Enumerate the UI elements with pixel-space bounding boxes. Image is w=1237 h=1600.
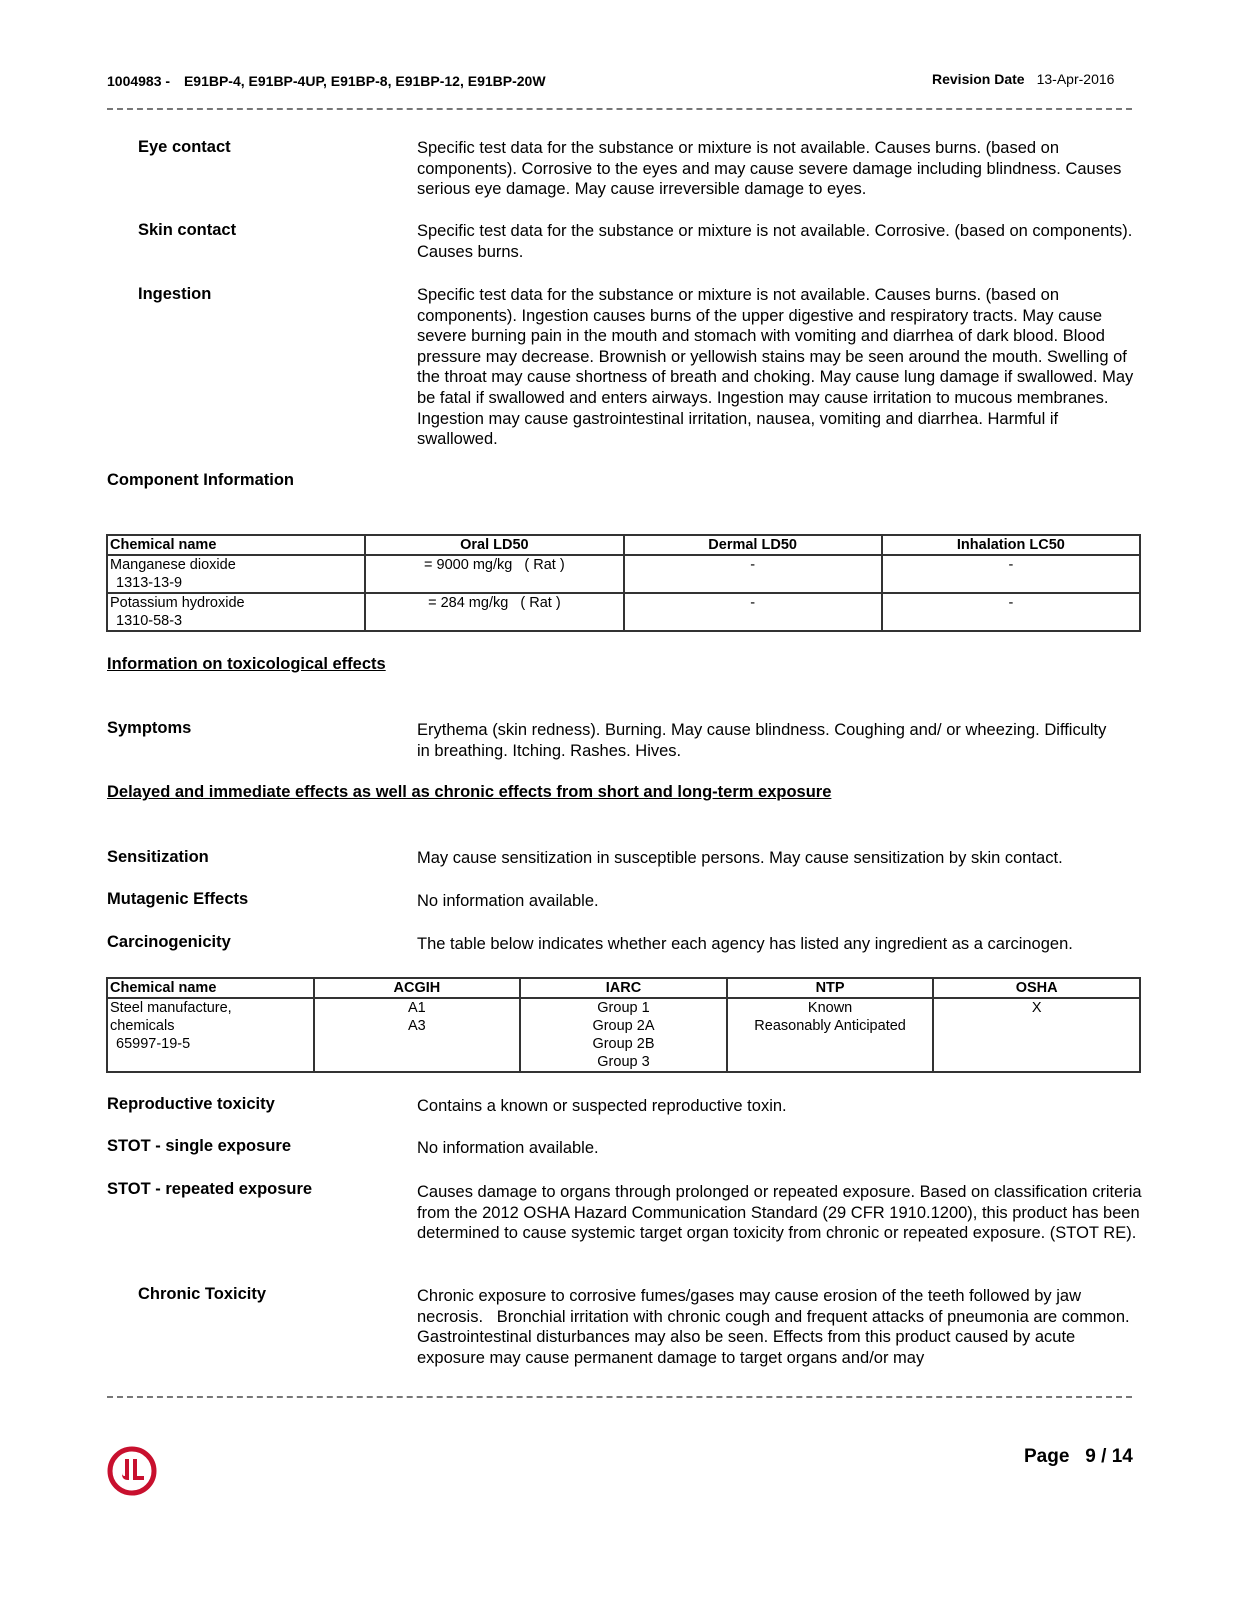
table-row: Manganese dioxide1313-13-9 = 9000 mg/kg … — [107, 555, 1140, 593]
reproductive-toxicity-text: Contains a known or suspected reproducti… — [417, 1096, 1147, 1117]
skin-contact-text: Specific test data for the substance or … — [417, 221, 1147, 262]
mutagenic-effects-label: Mutagenic Effects — [107, 890, 248, 909]
column-header: Chemical name — [107, 978, 314, 998]
iarc-cell: Group 1 Group 2A Group 2B Group 3 — [520, 998, 727, 1072]
dermal-ld50-cell: - — [624, 555, 882, 593]
symptoms-label: Symptoms — [107, 719, 191, 738]
revision-date: Revision Date13-Apr-2016 — [932, 71, 1114, 87]
column-header: IARC — [520, 978, 727, 998]
cas-number: 65997-19-5 — [110, 1035, 311, 1053]
acgih-value: A3 — [317, 1017, 518, 1035]
document-header-product: 1004983 - E91BP-4, E91BP-4UP, E91BP-8, E… — [107, 73, 546, 89]
osha-value: X — [936, 999, 1137, 1017]
tox-effects-heading: Information on toxicological effects — [107, 655, 386, 674]
carcinogenicity-text: The table below indicates whether each a… — [417, 934, 1147, 955]
symptoms-text: Erythema (skin redness). Burning. May ca… — [417, 720, 1117, 761]
oral-ld50-cell: = 284 mg/kg ( Rat ) — [365, 593, 623, 631]
column-header: NTP — [727, 978, 934, 998]
chemical-name-cell: Potassium hydroxide1310-58-3 — [107, 593, 365, 631]
cas-number: 1313-13-9 — [110, 574, 362, 592]
header-divider — [107, 108, 1132, 110]
carcinogenicity-label: Carcinogenicity — [107, 933, 231, 952]
iarc-value: Group 2B — [523, 1035, 724, 1053]
dermal-ld50-cell: - — [624, 593, 882, 631]
revision-date-value: 13-Apr-2016 — [1037, 71, 1115, 87]
chronic-toxicity-text: Chronic exposure to corrosive fumes/gase… — [417, 1286, 1142, 1368]
stot-single-text: No information available. — [417, 1138, 1147, 1159]
chronic-toxicity-label: Chronic Toxicity — [138, 1285, 266, 1304]
chemical-name: Potassium hydroxide — [110, 594, 362, 612]
column-header: Dermal LD50 — [624, 535, 882, 555]
carcinogen-table: Chemical name ACGIH IARC NTP OSHA Steel … — [106, 977, 1141, 1073]
stot-repeated-label: STOT - repeated exposure — [107, 1180, 312, 1199]
eye-contact-label: Eye contact — [138, 138, 231, 157]
column-header: Oral LD50 — [365, 535, 623, 555]
page-number: Page 9 / 14 — [1024, 1446, 1133, 1468]
ntp-cell: Known Reasonably Anticipated — [727, 998, 934, 1072]
iarc-value: Group 2A — [523, 1017, 724, 1035]
ntp-value: Known — [730, 999, 931, 1017]
chemical-name-cell: Manganese dioxide1313-13-9 — [107, 555, 365, 593]
cas-number: 1310-58-3 — [110, 612, 362, 630]
reproductive-toxicity-label: Reproductive toxicity — [107, 1095, 275, 1114]
osha-cell: X — [933, 998, 1140, 1072]
component-table-header: Chemical name Oral LD50 Dermal LD50 Inha… — [107, 535, 1140, 555]
carcinogen-table-header: Chemical name ACGIH IARC NTP OSHA — [107, 978, 1140, 998]
table-row: Potassium hydroxide1310-58-3 = 284 mg/kg… — [107, 593, 1140, 631]
iarc-value: Group 3 — [523, 1053, 724, 1071]
component-information-heading: Component Information — [107, 471, 294, 490]
delayed-effects-heading: Delayed and immediate effects as well as… — [107, 783, 831, 802]
stot-single-label: STOT - single exposure — [107, 1137, 291, 1156]
iarc-value: Group 1 — [523, 999, 724, 1017]
page-total: 14 — [1112, 1446, 1133, 1467]
revision-date-label: Revision Date — [932, 71, 1025, 87]
chemical-name: chemicals — [110, 1017, 311, 1035]
column-header: OSHA — [933, 978, 1140, 998]
oral-ld50-cell: = 9000 mg/kg ( Rat ) — [365, 555, 623, 593]
skin-contact-label: Skin contact — [138, 221, 236, 240]
acgih-cell: A1 A3 — [314, 998, 521, 1072]
sensitization-text: May cause sensitization in susceptible p… — [417, 848, 1147, 869]
table-row: Steel manufacture, chemicals 65997-19-5 … — [107, 998, 1140, 1072]
product-number: 1004983 - — [107, 73, 170, 89]
mutagenic-effects-text: No information available. — [417, 891, 1147, 912]
eye-contact-text: Specific test data for the substance or … — [417, 138, 1147, 200]
column-header: ACGIH — [314, 978, 521, 998]
acgih-value: A1 — [317, 999, 518, 1017]
chemical-name-cell: Steel manufacture, chemicals 65997-19-5 — [107, 998, 314, 1072]
ingestion-label: Ingestion — [138, 285, 211, 304]
product-names: E91BP-4, E91BP-4UP, E91BP-8, E91BP-12, E… — [184, 73, 546, 89]
stot-repeated-text: Causes damage to organs through prolonge… — [417, 1182, 1142, 1244]
ntp-value: Reasonably Anticipated — [730, 1017, 931, 1035]
component-table: Chemical name Oral LD50 Dermal LD50 Inha… — [106, 534, 1141, 632]
footer-divider — [107, 1396, 1132, 1398]
column-header: Inhalation LC50 — [882, 535, 1140, 555]
page-label: Page — [1024, 1446, 1069, 1467]
ingestion-text: Specific test data for the substance or … — [417, 285, 1142, 450]
inhalation-lc50-cell: - — [882, 555, 1140, 593]
chemical-name: Manganese dioxide — [110, 556, 362, 574]
inhalation-lc50-cell: - — [882, 593, 1140, 631]
page-current: 9 — [1085, 1446, 1096, 1467]
sensitization-label: Sensitization — [107, 848, 209, 867]
column-header: Chemical name — [107, 535, 365, 555]
ul-logo-icon — [107, 1446, 157, 1496]
chemical-name: Steel manufacture, — [110, 999, 311, 1017]
